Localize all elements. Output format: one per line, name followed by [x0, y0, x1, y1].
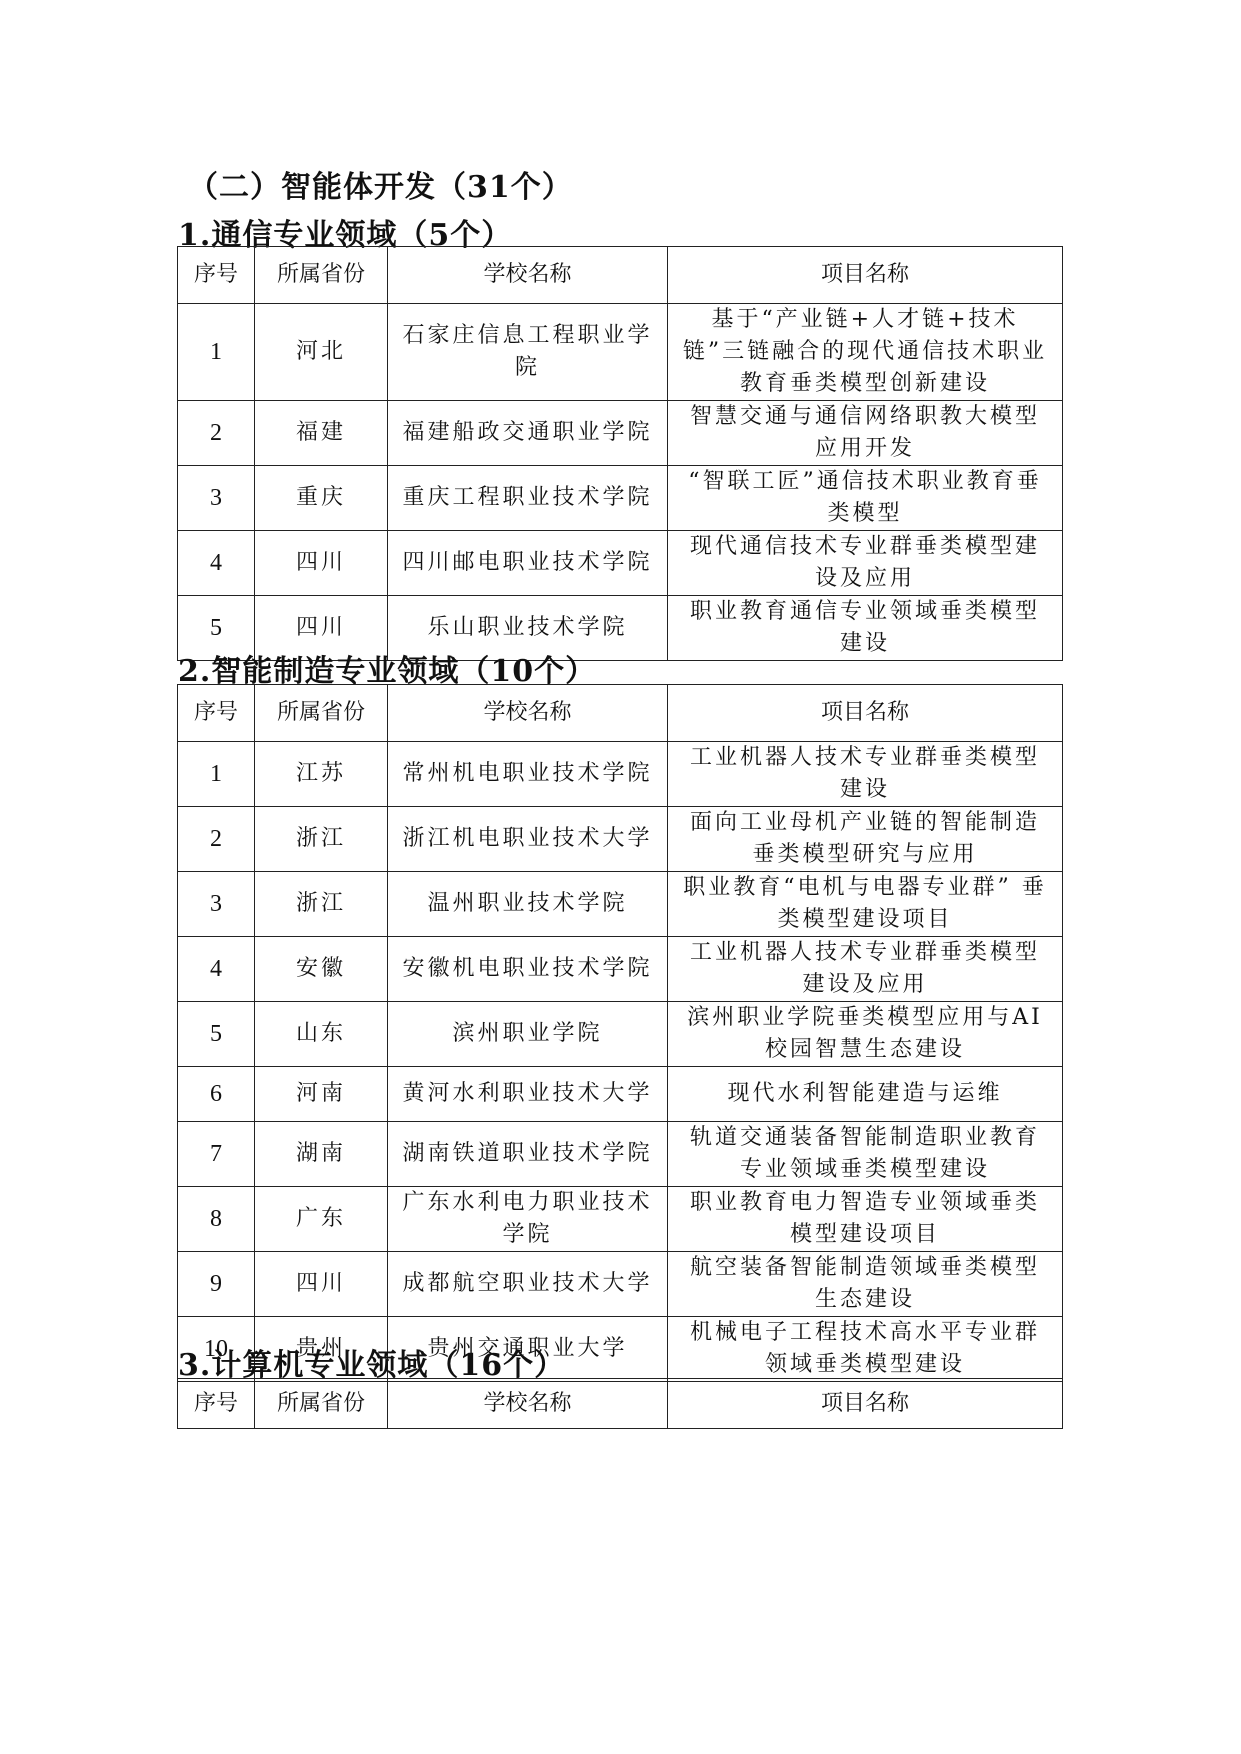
table-row: 4 四川 四川邮电职业技术学院 现代通信技术专业群垂类模型建设及应用 — [178, 531, 1063, 596]
cell-school: 广东水利电力职业技术学院 — [388, 1187, 668, 1252]
cell-project: 职业教育“电机与电器专业群” 垂类模型建设项目 — [668, 872, 1063, 937]
cell-province: 山东 — [255, 1002, 388, 1067]
document-page: （二）智能体开发（31个） 1.通信专业领域（5个） 序号 所属省份 学校名称 … — [0, 0, 1241, 1754]
cell-province: 河北 — [255, 304, 388, 401]
cell-project: 轨道交通装备智能制造职业教育专业领域垂类模型建设 — [668, 1122, 1063, 1187]
cell-province: 重庆 — [255, 466, 388, 531]
table-header-row: 序号 所属省份 学校名称 项目名称 — [178, 1379, 1063, 1429]
cell-project: 工业机器人技术专业群垂类模型建设 — [668, 742, 1063, 807]
cell-no: 4 — [178, 531, 255, 596]
cell-province: 福建 — [255, 401, 388, 466]
cell-school: 重庆工程职业技术学院 — [388, 466, 668, 531]
cell-no: 5 — [178, 1002, 255, 1067]
cell-school: 滨州职业学院 — [388, 1002, 668, 1067]
table-row: 5 山东 滨州职业学院 滨州职业学院垂类模型应用与AI校园智慧生态建设 — [178, 1002, 1063, 1067]
cell-no: 7 — [178, 1122, 255, 1187]
col-header-school: 学校名称 — [388, 685, 668, 742]
col-header-province: 所属省份 — [255, 1379, 388, 1429]
col-header-no: 序号 — [178, 1379, 255, 1429]
cell-province: 湖南 — [255, 1122, 388, 1187]
cell-province: 安徽 — [255, 937, 388, 1002]
cell-school: 成都航空职业技术大学 — [388, 1252, 668, 1317]
cell-province: 广东 — [255, 1187, 388, 1252]
col-header-school: 学校名称 — [388, 247, 668, 304]
cell-project: 现代水利智能建造与运维 — [668, 1067, 1063, 1122]
table-communication: 序号 所属省份 学校名称 项目名称 1 河北 石家庄信息工程职业学院 基于“产业… — [177, 246, 1063, 661]
col-header-project: 项目名称 — [668, 247, 1063, 304]
cell-no: 9 — [178, 1252, 255, 1317]
table-computer: 序号 所属省份 学校名称 项目名称 — [177, 1378, 1063, 1429]
table-row: 1 河北 石家庄信息工程职业学院 基于“产业链+人才链+技术链”三链融合的现代通… — [178, 304, 1063, 401]
cell-province: 河南 — [255, 1067, 388, 1122]
cell-no: 1 — [178, 742, 255, 807]
cell-no: 1 — [178, 304, 255, 401]
col-header-school: 学校名称 — [388, 1379, 668, 1429]
table-row: 7 湖南 湖南铁道职业技术学院 轨道交通装备智能制造职业教育专业领域垂类模型建设 — [178, 1122, 1063, 1187]
table-row: 2 福建 福建船政交通职业学院 智慧交通与通信网络职教大模型应用开发 — [178, 401, 1063, 466]
table-header-row: 序号 所属省份 学校名称 项目名称 — [178, 685, 1063, 742]
cell-project: 职业教育通信专业领域垂类模型建设 — [668, 596, 1063, 661]
cell-school: 温州职业技术学院 — [388, 872, 668, 937]
table-row: 1 江苏 常州机电职业技术学院 工业机器人技术专业群垂类模型建设 — [178, 742, 1063, 807]
col-header-project: 项目名称 — [668, 685, 1063, 742]
cell-project: 工业机器人技术专业群垂类模型建设及应用 — [668, 937, 1063, 1002]
cell-school: 浙江机电职业技术大学 — [388, 807, 668, 872]
cell-province: 江苏 — [255, 742, 388, 807]
cell-school: 四川邮电职业技术学院 — [388, 531, 668, 596]
cell-project: 滨州职业学院垂类模型应用与AI校园智慧生态建设 — [668, 1002, 1063, 1067]
cell-school: 石家庄信息工程职业学院 — [388, 304, 668, 401]
cell-project: 基于“产业链+人才链+技术链”三链融合的现代通信技术职业教育垂类模型创新建设 — [668, 304, 1063, 401]
cell-no: 2 — [178, 807, 255, 872]
table-intelligent-manufacturing: 序号 所属省份 学校名称 项目名称 1 江苏 常州机电职业技术学院 工业机器人技… — [177, 684, 1063, 1382]
cell-no: 2 — [178, 401, 255, 466]
cell-no: 8 — [178, 1187, 255, 1252]
table-row: 3 浙江 温州职业技术学院 职业教育“电机与电器专业群” 垂类模型建设项目 — [178, 872, 1063, 937]
table-row: 9 四川 成都航空职业技术大学 航空装备智能制造领域垂类模型生态建设 — [178, 1252, 1063, 1317]
cell-school: 安徽机电职业技术学院 — [388, 937, 668, 1002]
cell-project: “智联工匠”通信技术职业教育垂类模型 — [668, 466, 1063, 531]
cell-no: 4 — [178, 937, 255, 1002]
cell-school: 常州机电职业技术学院 — [388, 742, 668, 807]
col-header-project: 项目名称 — [668, 1379, 1063, 1429]
cell-province: 四川 — [255, 1252, 388, 1317]
cell-school: 湖南铁道职业技术学院 — [388, 1122, 668, 1187]
cell-project: 机械电子工程技术高水平专业群领域垂类模型建设 — [668, 1317, 1063, 1382]
table-row: 3 重庆 重庆工程职业技术学院 “智联工匠”通信技术职业教育垂类模型 — [178, 466, 1063, 531]
cell-province: 四川 — [255, 531, 388, 596]
main-heading: （二）智能体开发（31个） — [188, 162, 573, 206]
col-header-province: 所属省份 — [255, 247, 388, 304]
col-header-province: 所属省份 — [255, 685, 388, 742]
table-row: 8 广东 广东水利电力职业技术学院 职业教育电力智造专业领域垂类模型建设项目 — [178, 1187, 1063, 1252]
cell-school: 福建船政交通职业学院 — [388, 401, 668, 466]
table-row: 2 浙江 浙江机电职业技术大学 面向工业母机产业链的智能制造垂类模型研究与应用 — [178, 807, 1063, 872]
cell-province: 浙江 — [255, 807, 388, 872]
cell-no: 3 — [178, 872, 255, 937]
cell-project: 现代通信技术专业群垂类模型建设及应用 — [668, 531, 1063, 596]
cell-project: 智慧交通与通信网络职教大模型应用开发 — [668, 401, 1063, 466]
cell-project: 面向工业母机产业链的智能制造垂类模型研究与应用 — [668, 807, 1063, 872]
col-header-no: 序号 — [178, 685, 255, 742]
table-header-row: 序号 所属省份 学校名称 项目名称 — [178, 247, 1063, 304]
cell-school: 黄河水利职业技术大学 — [388, 1067, 668, 1122]
col-header-no: 序号 — [178, 247, 255, 304]
table-row: 6 河南 黄河水利职业技术大学 现代水利智能建造与运维 — [178, 1067, 1063, 1122]
cell-no: 6 — [178, 1067, 255, 1122]
cell-province: 浙江 — [255, 872, 388, 937]
table-row: 4 安徽 安徽机电职业技术学院 工业机器人技术专业群垂类模型建设及应用 — [178, 937, 1063, 1002]
cell-no: 3 — [178, 466, 255, 531]
cell-project: 航空装备智能制造领域垂类模型生态建设 — [668, 1252, 1063, 1317]
cell-project: 职业教育电力智造专业领域垂类模型建设项目 — [668, 1187, 1063, 1252]
